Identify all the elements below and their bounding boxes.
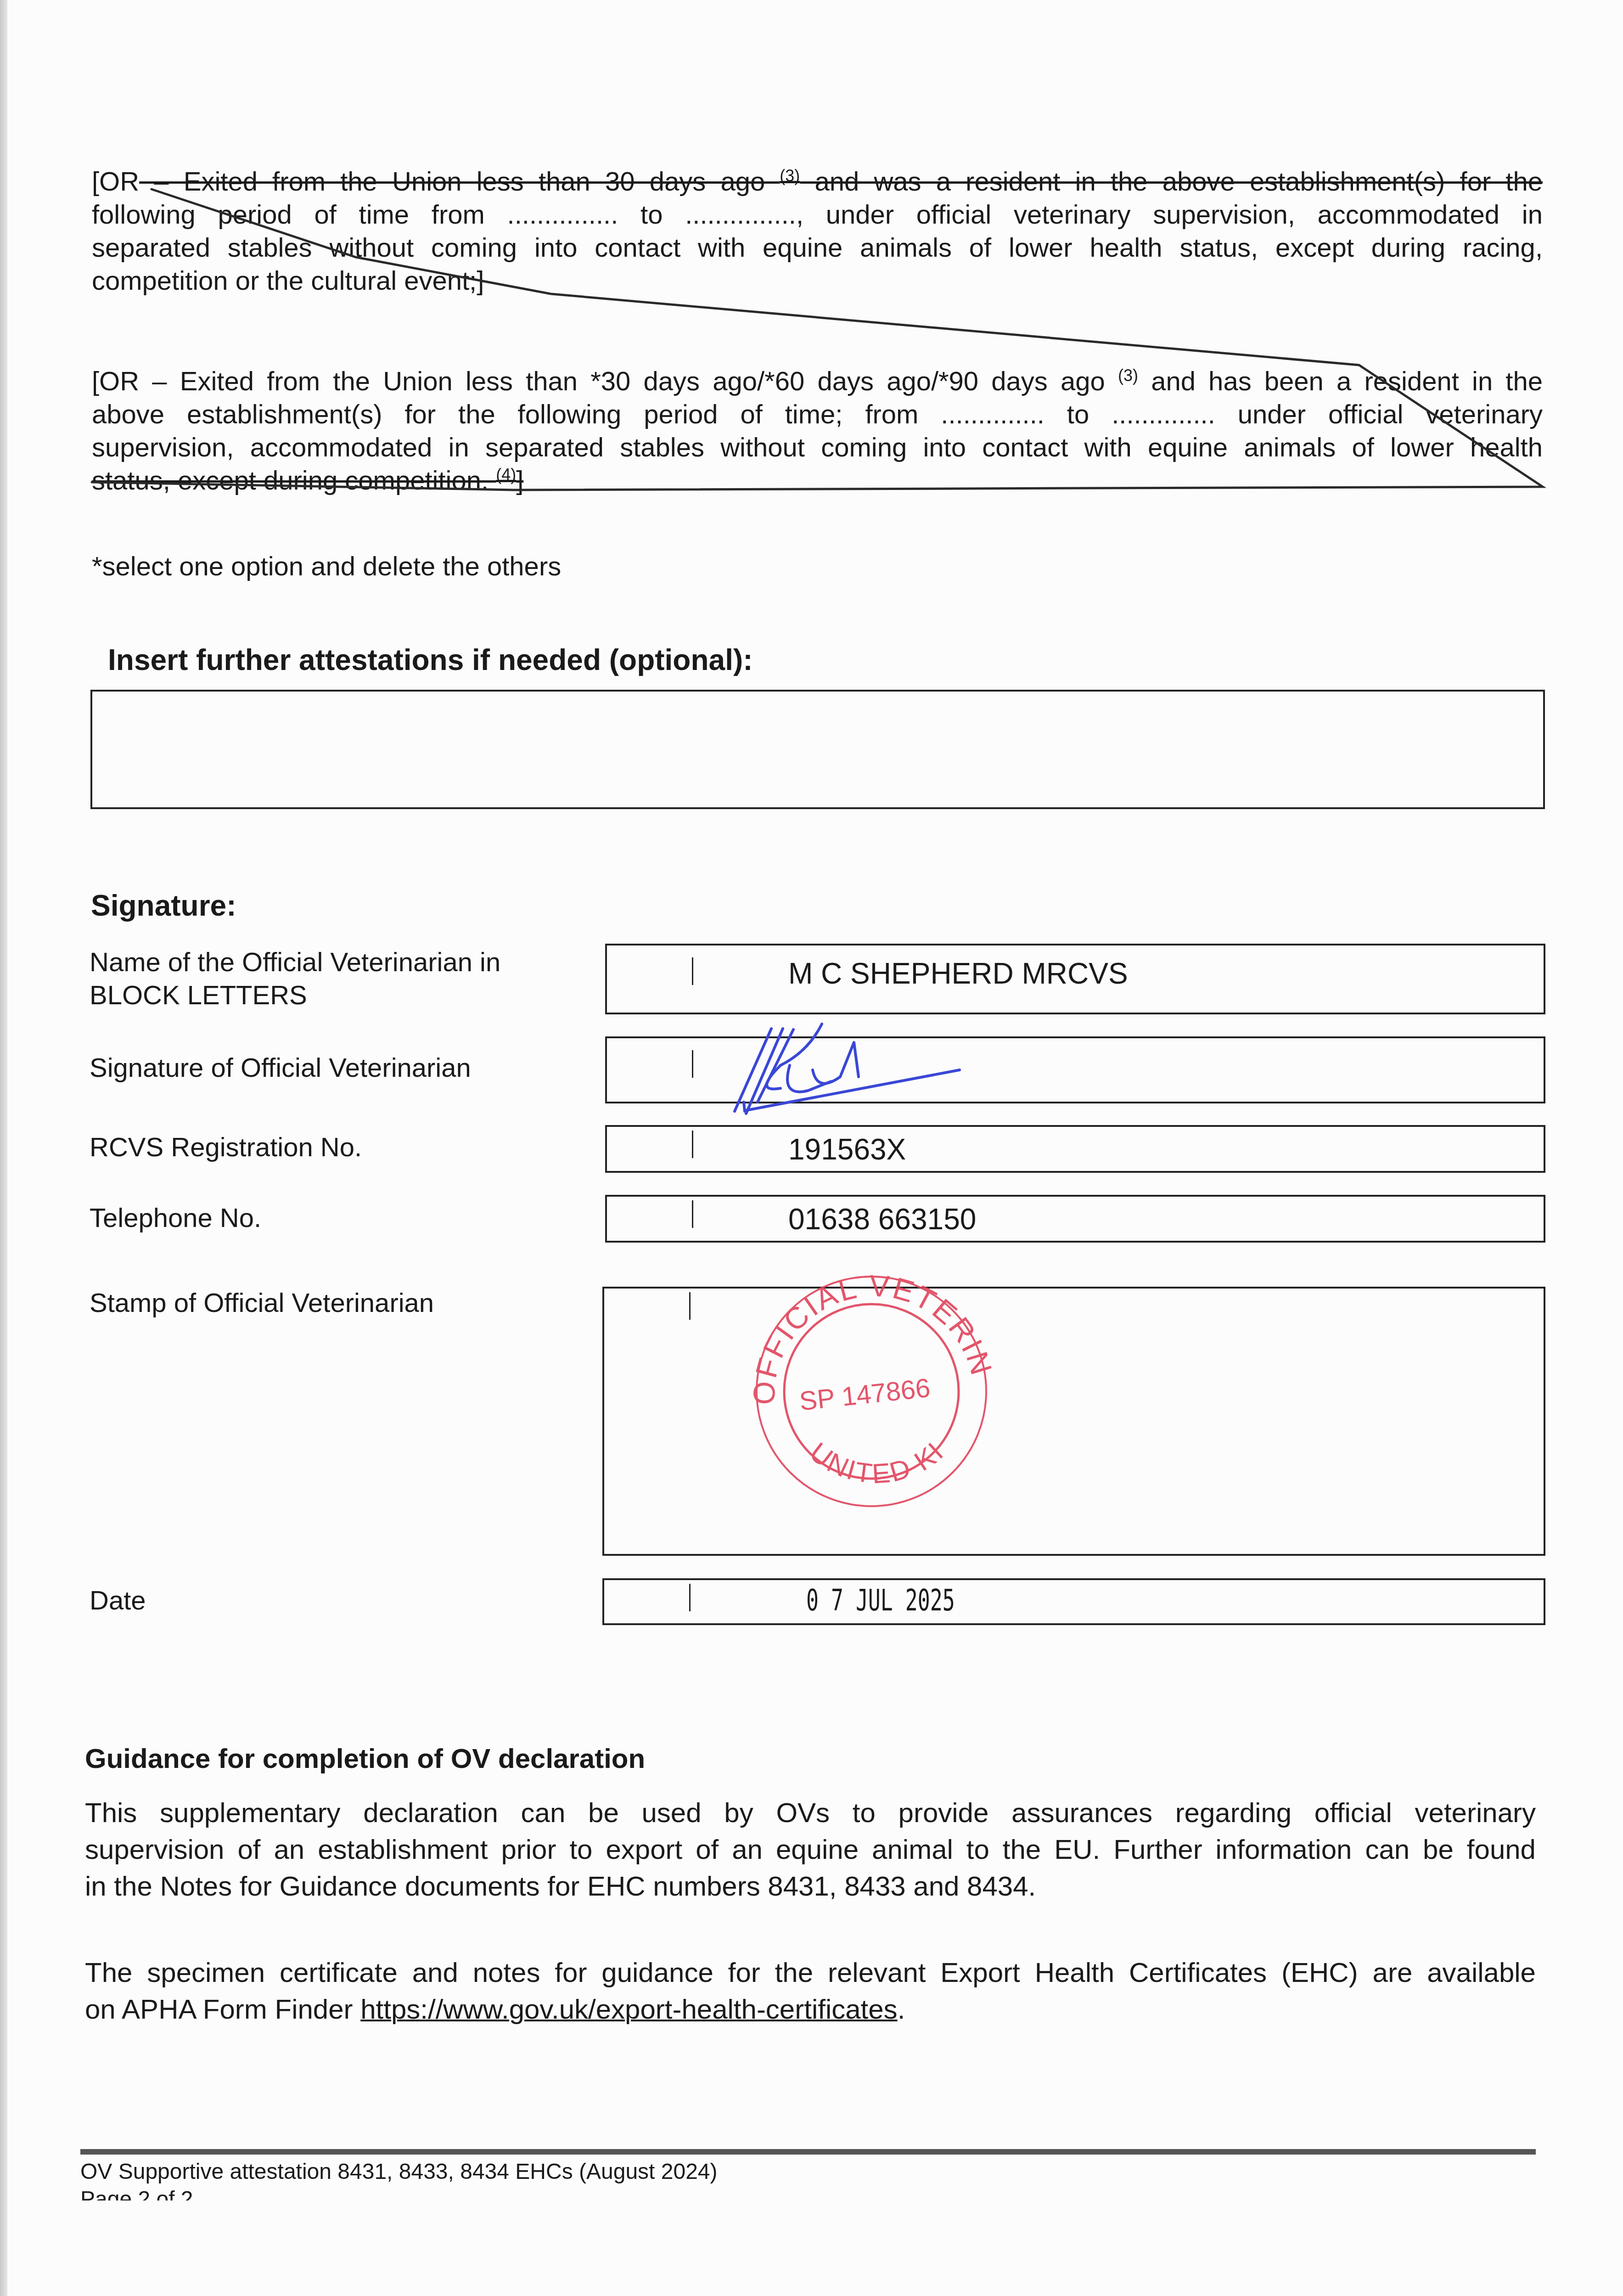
text-cursor <box>692 1131 693 1158</box>
attestation-option-1: [OR – Exited from the Union less than 30… <box>92 165 1543 298</box>
guidance-paragraph-2: The specimen certificate and notes for g… <box>85 1954 1536 2028</box>
signature-heading: Signature: <box>91 889 236 923</box>
signature-field[interactable] <box>605 1036 1545 1103</box>
stamp-label: Stamp of Official Veterinarian <box>90 1287 434 1320</box>
text-cursor <box>689 1292 691 1320</box>
option-1-line-3: separated stables without coming into co… <box>92 231 1543 264</box>
name-label: Name of the Official Veterinarian in BLO… <box>90 946 500 1012</box>
guidance-paragraph-1: This supplementary declaration can be us… <box>85 1795 1536 1905</box>
rcvs-field[interactable]: 191563X <box>605 1125 1545 1173</box>
guidance-heading: Guidance for completion of OV declaratio… <box>85 1743 645 1774</box>
footer-document-title: OV Supportive attestation 8431, 8433, 84… <box>80 2158 718 2186</box>
option-1-prefix: [OR <box>92 167 139 197</box>
option-1-line-4: competition or the cultural event;] <box>92 264 1543 298</box>
signature-label: Signature of Official Veterinarian <box>90 1052 471 1085</box>
date-field[interactable]: 0 7 JUL 2025 <box>602 1578 1545 1625</box>
date-label: Date <box>90 1584 146 1617</box>
scan-edge <box>0 0 7 2296</box>
option-1-struck-text: – Exited from the Union less than 30 day… <box>139 167 1543 197</box>
select-option-note: *select one option and delete the others <box>92 551 561 582</box>
text-cursor <box>692 1050 693 1078</box>
option-2-line-4: status, except during competition. (4)] <box>92 464 1543 497</box>
further-attestations-heading: Insert further attestations if needed (o… <box>108 643 753 677</box>
rcvs-label: RCVS Registration No. <box>90 1131 362 1164</box>
telephone-value: 01638 663150 <box>788 1202 976 1236</box>
footer-page-number: Page 2 of 2 <box>80 2186 718 2200</box>
telephone-field[interactable]: 01638 663150 <box>605 1195 1545 1243</box>
option-2-line-3: supervision, accommodated in separated s… <box>92 431 1543 464</box>
option-2-line-2: above establishment(s) for the following… <box>92 398 1543 431</box>
option-1-line-2: following period of time from ..........… <box>92 198 1543 231</box>
text-cursor <box>692 1200 693 1228</box>
text-cursor <box>692 957 693 985</box>
rcvs-value: 191563X <box>788 1132 906 1166</box>
attestation-option-2: [OR – Exited from the Union less than *3… <box>92 365 1543 497</box>
date-value: 0 7 JUL 2025 <box>806 1584 955 1618</box>
export-health-certificates-link[interactable]: https://www.gov.uk/export-health-certifi… <box>360 1994 897 2025</box>
footer: OV Supportive attestation 8431, 8433, 84… <box>80 2158 718 2200</box>
further-attestations-field[interactable] <box>90 690 1545 809</box>
name-field[interactable]: M C SHEPHERD MRCVS <box>605 944 1545 1014</box>
footer-divider <box>80 2149 1536 2155</box>
name-value: M C SHEPHERD MRCVS <box>788 957 1128 990</box>
telephone-label: Telephone No. <box>90 1202 261 1235</box>
stamp-field[interactable] <box>602 1287 1545 1556</box>
text-cursor <box>689 1584 691 1611</box>
